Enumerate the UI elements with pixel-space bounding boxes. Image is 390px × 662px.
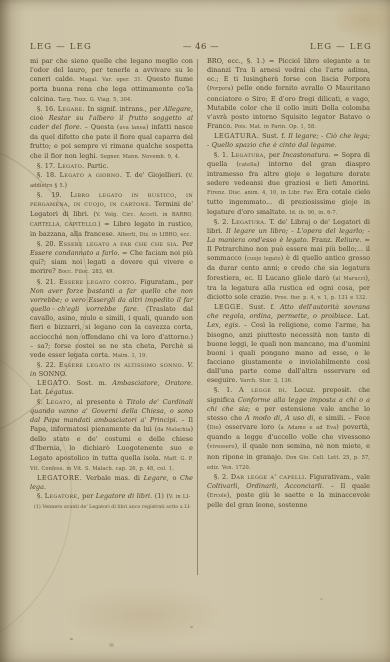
text-segment: §. 17. xyxy=(37,162,58,170)
paragraph: LEGATURA. Sust. f. Il legare; - Ciò che … xyxy=(207,132,370,150)
paragraph: §. 16. Legare. In signif. intrans., per … xyxy=(30,105,193,162)
text-segment: Dio xyxy=(210,425,219,431)
text-segment: Figuratam., per xyxy=(137,278,193,286)
text-segment: Pois. Mat. in Parin. Op. 1, 58. xyxy=(235,124,316,130)
foxing-specks xyxy=(70,638,73,640)
text-segment: per xyxy=(266,151,283,159)
text-column-right: BRO, ecc., §. 1.) = Picciol libro elegan… xyxy=(207,57,370,511)
text-segment: Figurativam., vale xyxy=(307,473,370,481)
text-segment: Porpora xyxy=(210,86,231,92)
text-segment: Legare xyxy=(144,474,167,482)
text-column-left: mi par che sieno quelle che legano megli… xyxy=(30,57,193,511)
text-segment: Coltivarli, Ordinarli, Acconciarli. xyxy=(207,482,324,490)
paragraph: §. 18. Legato a giorno. T. de' Giojellie… xyxy=(30,171,193,191)
text-segment: Sust. f. xyxy=(259,132,288,140)
text-segment: Franz. xyxy=(309,236,336,244)
text-segment: (Traslato dal cavallo, asino, mulo e sim… xyxy=(30,305,193,359)
paragraph: §. 20. Essere legato a far che che sia. … xyxy=(30,240,193,278)
right-edge-stain xyxy=(358,180,390,320)
text-segment: Varch. Stor. 3, 136. xyxy=(240,378,293,384)
text-segment: a Adamo e ad Eva xyxy=(281,425,337,431)
text-segment: uva lanea xyxy=(119,125,146,131)
text-segment: §. xyxy=(37,492,45,500)
column-divider-rule xyxy=(197,59,198,575)
paragraph: §. 1. A legge di. Locuz. preposit. che s… xyxy=(207,386,370,472)
paragraph: §. 22. Essere legato in altissimo sonno.… xyxy=(30,361,193,379)
paragraph: LEGATORE. Verbale mas. di Legare, o Che … xyxy=(30,474,193,492)
text-segment: Lat. xyxy=(30,388,45,396)
text-segment: da Malachia xyxy=(157,427,190,433)
running-head-left: LEG — LEG xyxy=(30,42,92,52)
text-segment: Pros. fior. p. 4, v. 1, p. 131 e 132. xyxy=(275,295,368,301)
paragraph: §. 2. Legatura. T. de' Libraj o de' Lega… xyxy=(207,218,370,303)
text-segment: §. 16. xyxy=(37,105,58,113)
text-segment: Segner. Mann. Novemb. 9, 4. xyxy=(100,154,180,160)
text-segment: ) xyxy=(65,181,68,189)
text-segment: Legatura, xyxy=(231,151,266,159)
text-segment: Id. ib. 90, in. 6-7. xyxy=(289,210,337,216)
text-segment: §. 21. xyxy=(37,278,59,286)
text-segment: al presente è xyxy=(73,398,127,406)
text-segment: Essere condannato a farlo. xyxy=(30,249,119,257)
text-segment: Legatus. xyxy=(45,388,73,396)
text-segment: Per xyxy=(179,240,193,248)
text-segment: Ambasciatore, Oratore. xyxy=(112,379,193,387)
text-segment: Incastonatura. xyxy=(283,151,331,159)
text-segment: – Così la religione, come l'arme, ha bis… xyxy=(207,321,370,384)
text-segment: Firenz. Disc. anim. 4, 10, in Libr. Fav. xyxy=(207,190,317,196)
text-segment: Malm. 1, 19. xyxy=(113,353,148,359)
text-segment: Legatore di libri. xyxy=(96,492,152,500)
text-segment: T. de' Giojellieri. ( xyxy=(122,171,188,179)
text-segment: Legato a giorno. xyxy=(60,171,123,179)
paragraph: LEGGE. Sust. f. Atto dell'autorità sovra… xyxy=(207,303,370,386)
text-segment: A legge di. xyxy=(239,386,287,394)
text-segment: Legatore, xyxy=(45,492,80,500)
text-segment: §. 1. xyxy=(214,386,239,394)
paragraph: §. 19. Libro legato in rustico, in perga… xyxy=(30,191,193,240)
text-segment: Lex, egis. xyxy=(207,321,240,329)
text-segment: ) osservare loro ( xyxy=(219,423,281,431)
text-segment: §. 22. xyxy=(37,361,59,369)
text-segment: LEGATO. xyxy=(37,379,71,387)
text-segment: Dar legge a' capelli. xyxy=(231,473,307,481)
text-segment: catella xyxy=(239,162,257,168)
text-segment: Essere legato corto. xyxy=(59,278,137,286)
text-segment: Magal. Var. oper. 31. xyxy=(80,77,147,83)
text-segment: Essere legato a far che che sia. xyxy=(59,240,179,248)
paragraph: §. 1. Legatura, per Incastonatura. = Sop… xyxy=(207,151,370,218)
top-right-stain xyxy=(330,0,390,40)
text-segment: Essere legato in altissimo sonno. xyxy=(59,361,184,369)
book-page: LEG — LEG — 46 — LEG — LEG mi par che si… xyxy=(0,0,390,662)
page-header: LEG — LEG — 46 — LEG — LEG xyxy=(30,40,372,54)
text-segment: LEGGE. xyxy=(214,303,244,311)
paragraph: §. 21. Essere legato corto. Figuratam., … xyxy=(30,278,193,361)
text-segment: SONNO. xyxy=(36,370,67,378)
paragraph: §. 17. Legato. Partic. xyxy=(30,162,193,171)
paragraph: LEGATO. Sost. m. Ambasciatore, Oratore. … xyxy=(30,379,193,397)
text-segment: LEGATURA. xyxy=(214,132,259,140)
text-segment: cuojo legato xyxy=(247,256,281,262)
text-segment: §. 18. xyxy=(37,171,60,179)
text-segment: per xyxy=(80,492,96,500)
text-segment: Legare. xyxy=(58,105,85,113)
page-number: — 46 — xyxy=(183,42,219,52)
text-segment: Sost. m. xyxy=(71,379,112,387)
paragraph: BRO, ecc., §. 1.) = Picciol libro elegan… xyxy=(207,57,370,132)
text-segment: §. xyxy=(37,398,46,406)
text-segment: Allegare xyxy=(163,105,191,113)
paragraph: §. 2. Dar legge a' capelli. Figurativam.… xyxy=(207,473,370,511)
text-segment: Legato. xyxy=(58,162,85,170)
text-segment: A modo di, A uso di, xyxy=(245,414,316,422)
text-segment: Alberti, Diz. in LIBRO, ecc. xyxy=(117,232,191,238)
text-segment: , o xyxy=(167,474,180,482)
text-segment: V. in LI- xyxy=(169,494,190,500)
text-segment: §. 19. xyxy=(37,191,70,199)
footnote: (1) Vennero avanti de' Legatori di libri… xyxy=(30,505,193,511)
text-columns: mi par che sieno quelle che legano megli… xyxy=(30,57,372,511)
paragraph: §. Legato, al presente è Titolo de' Card… xyxy=(30,398,193,474)
text-segment: Verbale mas. di xyxy=(82,474,143,482)
paragraph: §. Legatore, per Legatore di libri. (1) … xyxy=(30,492,193,502)
text-segment: Targ. Tozz. G. Viag. 5, 304. xyxy=(58,97,132,103)
text-segment: Legatura. xyxy=(231,218,266,226)
text-segment: §. 20. xyxy=(37,240,59,248)
text-segment: vivessero xyxy=(210,444,235,450)
bottom-stain xyxy=(60,585,230,645)
text-segment: – Questa ( xyxy=(82,123,120,131)
text-segment: LEGATORE. xyxy=(37,474,82,482)
text-segment: §. 2. xyxy=(214,218,231,226)
running-head-right: LEG — LEG xyxy=(310,42,372,52)
text-segment: Legato, xyxy=(46,398,73,406)
text-segment: Sust. f. xyxy=(244,303,280,311)
text-segment: ), poste giù le saette e la minaccevole … xyxy=(207,491,370,509)
text-segment: §. 1. xyxy=(214,151,231,159)
text-segment: (1) ( xyxy=(152,492,169,500)
text-segment: In signif. intrans., per xyxy=(85,105,163,113)
text-segment: Partic. xyxy=(85,162,109,170)
paragraph: mi par che sieno quelle che legano megli… xyxy=(30,57,193,105)
text-segment: §. 2. xyxy=(214,473,231,481)
text-segment: Ercole xyxy=(210,493,227,499)
left-column-paragraphs: mi par che sieno quelle che legano megli… xyxy=(30,57,193,502)
text-segment: Bocc. Filoc. 283, 49. xyxy=(58,269,114,275)
